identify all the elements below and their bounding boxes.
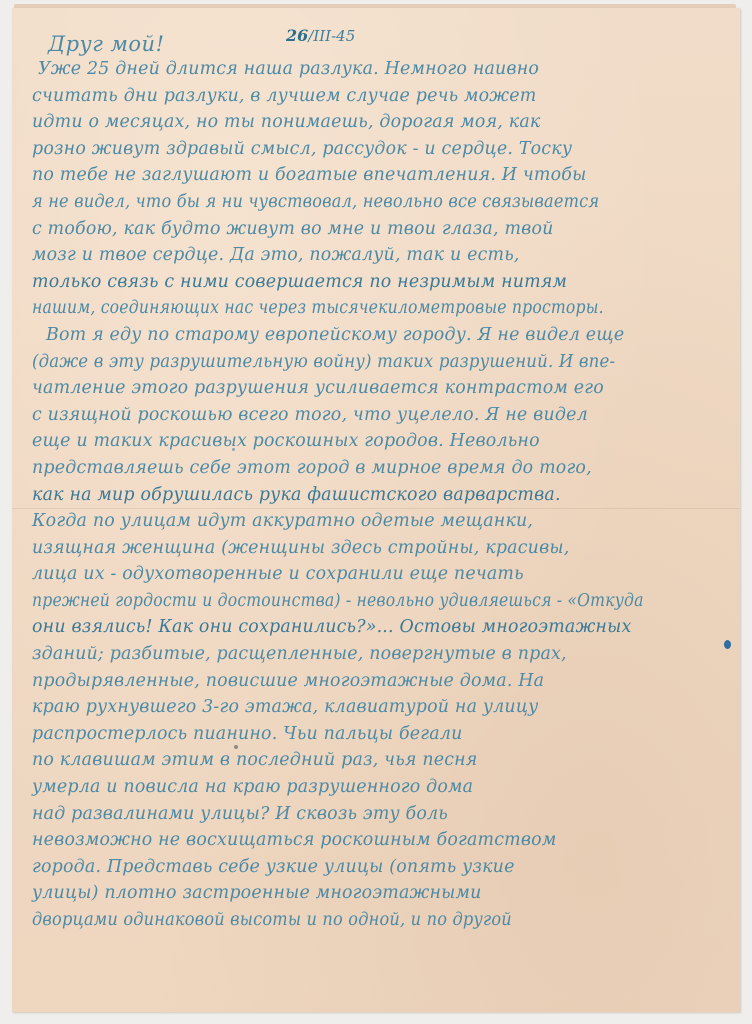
letter-line: они взялись! Как они сохранились?»... Ос… <box>32 614 732 641</box>
letter-line: по тебе не заглушают и богатые впечатлен… <box>32 162 732 189</box>
letter-line: изящная женщина (женщины здесь стройны, … <box>32 535 732 562</box>
letter-line: продырявленные, повисшие многоэтажные до… <box>32 668 732 695</box>
letter-line: дворцами одинаковой высоты и по одной, и… <box>32 907 683 934</box>
letter-line: розно живут здравый смысл, рассудок - и … <box>32 136 732 163</box>
letter-line: улицы) плотно застроенные многоэтажными <box>32 880 732 907</box>
letter-line: зданий; разбитые, расщепленные, повергну… <box>32 641 732 668</box>
letter-body: Уже 25 дней длится наша разлука. Немного… <box>32 56 732 934</box>
ink-blot <box>724 640 731 649</box>
letter-line: мозг и твое сердце. Да это, пожалуй, так… <box>32 242 732 269</box>
letter-line: нашим, соединяющих нас через тысячекилом… <box>32 295 662 322</box>
date-month-year: /III-45 <box>308 27 355 45</box>
scanned-page: Друг мой! 26/III-45 Уже 25 дней длится н… <box>0 0 752 1024</box>
letter-sheet: Друг мой! 26/III-45 Уже 25 дней длится н… <box>12 8 740 1012</box>
letter-line: как на мир обрушилась рука фашистского в… <box>32 482 732 509</box>
letter-line: Вот я еду по старому европейскому городу… <box>32 322 732 349</box>
letter-line: невозможно не восхищаться роскошным бога… <box>32 827 732 854</box>
letter-line: еще и таких красивых роскошных городов. … <box>32 428 732 455</box>
letter-line: Когда по улицам идут аккуратно одетые ме… <box>32 508 732 535</box>
greeting: Друг мой! <box>48 32 165 56</box>
date-day: 26 <box>286 26 308 45</box>
letter-line: (даже в эту разрушительную войну) таких … <box>32 349 697 376</box>
letter-line: только связь с ними совершается по незри… <box>32 269 732 296</box>
letter-line: с тобою, как будто живут во мне и твои г… <box>32 216 732 243</box>
letter-line: считать дни разлуки, в лучшем случае реч… <box>32 83 732 110</box>
letter-line: по клавишам этим в последний раз, чья пе… <box>32 747 732 774</box>
letter-line: города. Представь себе узкие улицы (опят… <box>32 854 732 881</box>
paper-speck <box>234 745 238 749</box>
letter-line: чатление этого разрушения усиливается ко… <box>32 375 732 402</box>
letter-line: над развалинами улицы? И сквозь эту боль <box>32 801 732 828</box>
letter-date: 26/III-45 <box>286 26 355 45</box>
letter-line: я не видел, что бы я ни чувствовал, нево… <box>32 189 683 216</box>
letter-line: представляешь себе этот город в мирное в… <box>32 455 732 482</box>
letter-line: краю рухнувшего 3-го этажа, клавиатурой … <box>32 694 732 721</box>
letter-line: идти о месяцах, но ты понимаешь, дорогая… <box>32 109 732 136</box>
letter-line: Уже 25 дней длится наша разлука. Немного… <box>32 56 732 83</box>
letter-line: умерла и повисла на краю разрушенного до… <box>32 774 732 801</box>
letter-line: прежней гордости и достоинства) - неволь… <box>32 588 662 615</box>
ink-dot <box>232 448 235 451</box>
letter-line: с изящной роскошью всего того, что уцеле… <box>32 402 732 429</box>
letter-line: распростерлось пианино. Чьи пальцы бегал… <box>32 721 732 748</box>
letter-line: лица их - одухотворенные и сохранили еще… <box>32 561 732 588</box>
